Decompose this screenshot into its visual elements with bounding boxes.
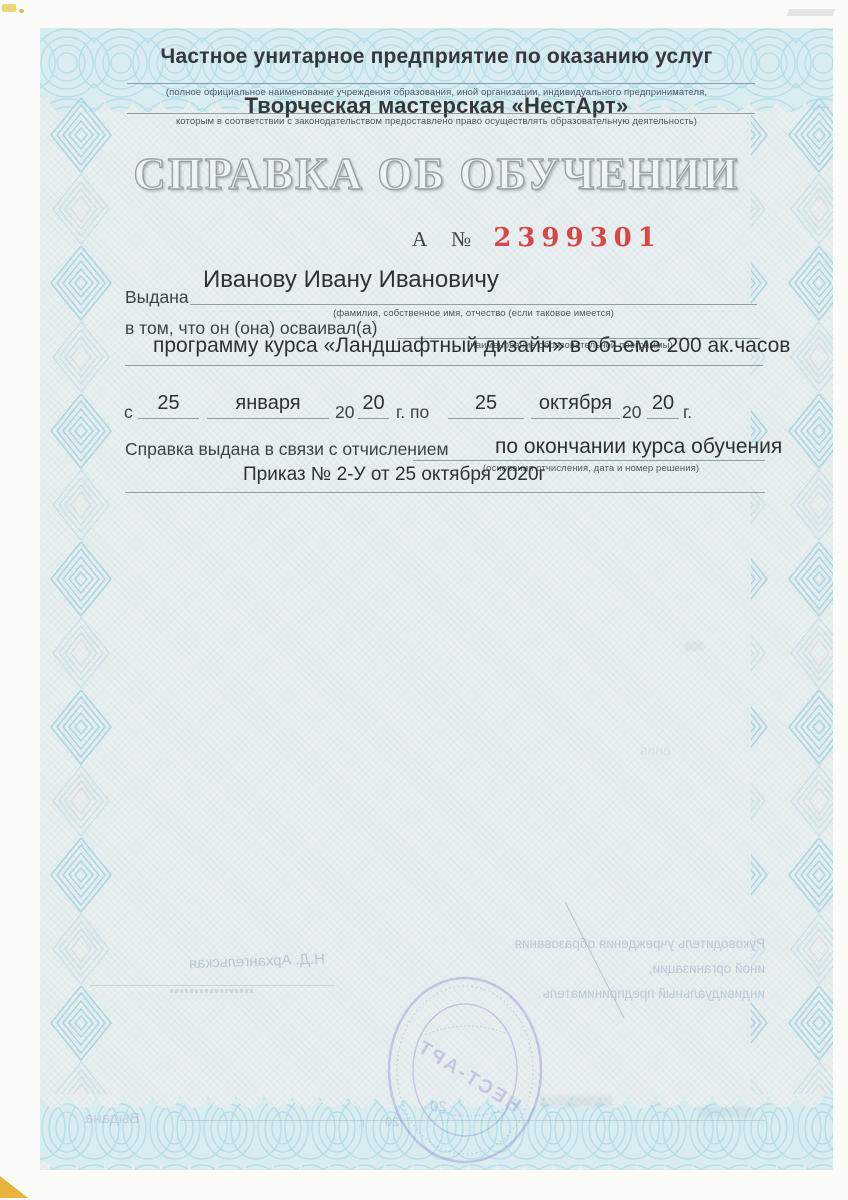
- bleed-bottom-smudge-right: [698, 1107, 753, 1117]
- period-to-day-line: [448, 418, 524, 419]
- period-from-month-line: [207, 418, 329, 419]
- bleed-signature-name: Н.Д. Архангельская: [125, 951, 325, 975]
- scan-page: ения Руководитель учреждения образования…: [0, 0, 848, 1200]
- serial-row: А № 2399301: [412, 223, 662, 253]
- bleed-bottom-smudge-center: [540, 1096, 612, 1107]
- recipient-underline: [190, 304, 757, 305]
- scan-artifact-bottom-left: [0, 1176, 28, 1198]
- bleed-bottom-line: [180, 1120, 765, 1121]
- stamp-seal-mirrored: НЕСТ-АРТ: [365, 963, 565, 1178]
- period-end-label: г.: [683, 402, 692, 423]
- bleed-bottom-g: г.: [358, 1115, 365, 1130]
- period-from-month: января: [207, 392, 329, 415]
- bleed-midpage-fragment: ения: [640, 742, 671, 758]
- period-from-year-line: [358, 418, 389, 419]
- bleed-signature-caption-smudge: [170, 989, 255, 993]
- period-from-year: 20: [358, 392, 389, 415]
- dismissal-value: по окончании курса обучения: [495, 435, 782, 459]
- dismissal-label: Справка выдана в связи с отчислением: [125, 439, 449, 460]
- bleed-bottom-year-a: 20: [430, 1098, 447, 1115]
- certificate-sheet: ения Руководитель учреждения образования…: [40, 28, 833, 1170]
- period-to-year-line: [647, 418, 679, 419]
- program-underline-full: [125, 365, 763, 366]
- period-to-century: 20: [622, 402, 641, 423]
- bleed-signatory-line1: Руководитель учреждения образования: [460, 931, 765, 956]
- serial-no-sign: №: [451, 227, 471, 252]
- period-to-year: 20: [647, 392, 679, 415]
- bleed-bottom-year-b: 20: [385, 1114, 399, 1129]
- period-from-label: с: [124, 402, 133, 423]
- stamp-text: НЕСТ-АРТ: [412, 1036, 524, 1117]
- period-to-month: октября: [531, 392, 620, 415]
- period-to-month-line: [531, 418, 620, 419]
- bleed-midpage-smudge: [686, 642, 704, 651]
- dismissal-underline: [413, 460, 765, 461]
- document-title: СПРАВКА ОБ ОБУЧЕНИИ: [40, 148, 833, 200]
- dismissal-order: Приказ № 2-У от 25 октября 2020г: [243, 464, 545, 486]
- program-value: программу курса «Ландшафтный дизайн» в о…: [153, 334, 790, 358]
- scan-artifact-top-left: [2, 4, 16, 12]
- period-from-century: 20: [335, 402, 354, 423]
- issued-label: Выдана: [125, 287, 189, 308]
- serial-number: 2399301: [493, 223, 662, 253]
- scan-artifact-top-right: [787, 9, 836, 16]
- period-from-day: 25: [138, 392, 199, 415]
- org-underline-1: [127, 83, 755, 84]
- serial-series: А: [412, 227, 427, 252]
- period-from-day-line: [138, 418, 199, 419]
- period-mid-label: г. по: [396, 402, 429, 423]
- org-caption-2: которым в соответствии с законодательств…: [40, 116, 833, 127]
- org-underline-2: [127, 113, 755, 114]
- dismissal-underline-full: [125, 492, 765, 493]
- recipient-name: Иванову Ивану Ивановичу: [203, 266, 499, 294]
- period-to-day: 25: [448, 392, 524, 415]
- org-name-line1: Частное унитарное предприятие по оказани…: [40, 45, 833, 69]
- scan-artifact-top-left-dot: [19, 9, 24, 13]
- bleed-signature-line: [90, 985, 335, 986]
- bleed-bottom-issued: Выдана: [85, 1110, 140, 1127]
